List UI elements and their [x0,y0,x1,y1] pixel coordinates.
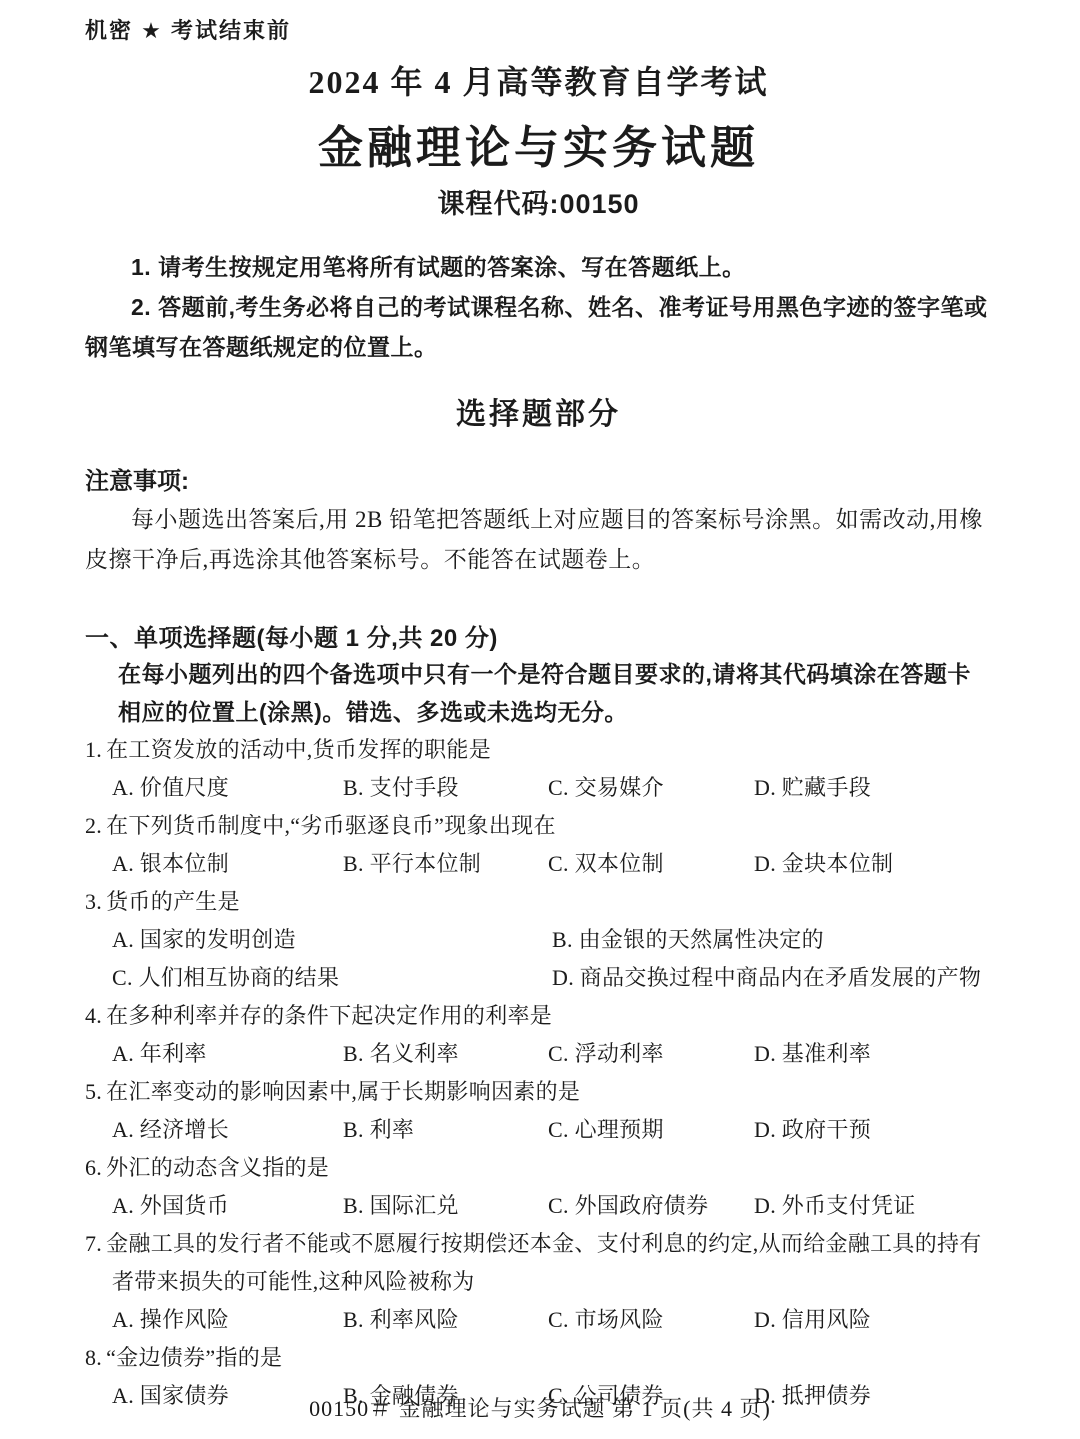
question-stem: 5.在汇率变动的影响因素中,属于长期影响因素的是 [85,1073,992,1111]
options-row: A. 外国货币 B. 国际汇兑 C. 外国政府债券 D. 外币支付凭证 [85,1187,992,1225]
question-1: 1.在工资发放的活动中,货币发挥的职能是 A. 价值尺度 B. 支付手段 C. … [85,731,992,807]
page-footer: 00150＃ 金融理论与实务试题 第 1 页(共 4 页) [0,1392,1080,1423]
question-4: 4.在多种利率并存的条件下起决定作用的利率是 A. 年利率 B. 名义利率 C.… [85,997,992,1073]
classification-banner: 机密 ★ 考试结束前 [85,14,992,45]
exam-paper-page: 机密 ★ 考试结束前 2024 年 4 月高等教育自学考试 金融理论与实务试题 … [0,0,1080,1439]
question-text: 金融工具的发行者不能或不愿履行按期偿还本金、支付利息的约定,从而给金融工具的持有… [106,1231,982,1294]
section-title: 选择题部分 [85,389,992,433]
question-7: 7.金融工具的发行者不能或不愿履行按期偿还本金、支付利息的约定,从而给金融工具的… [85,1225,992,1339]
part-one-heading: 一、单项选择题(每小题 1 分,共 20 分) [85,618,992,653]
option-b: B. 国际汇兑 [343,1187,548,1225]
question-text: 在下列货币制度中,“劣币驱逐良币”现象出现在 [106,813,556,838]
option-b: B. 利率 [343,1111,548,1149]
option-a: A. 价值尺度 [112,769,343,807]
option-d: D. 信用风险 [754,1301,992,1339]
part-one-note: 在每小题列出的四个备选项中只有一个是符合题目要求的,请将其代码填涂在答题卡相应的… [118,655,992,731]
question-text: 外汇的动态含义指的是 [106,1155,329,1180]
option-a: A. 经济增长 [112,1111,343,1149]
instruction-item-2: 2. 答题前,考生务必将自己的考试课程名称、姓名、准考证号用黑色字迹的签字笔或钢… [85,287,992,367]
question-number: 3. [85,889,102,914]
question-stem: 4.在多种利率并存的条件下起决定作用的利率是 [85,997,992,1035]
question-number: 6. [85,1155,102,1180]
option-b: B. 平行本位制 [343,845,548,883]
option-c: C. 双本位制 [548,845,754,883]
option-d: D. 外币支付凭证 [754,1187,992,1225]
question-stem: 2.在下列货币制度中,“劣币驱逐良币”现象出现在 [85,807,992,845]
options-row: A. 价值尺度 B. 支付手段 C. 交易媒介 D. 贮藏手段 [85,769,992,807]
question-number: 8. [85,1345,102,1370]
option-b: B. 利率风险 [343,1301,548,1339]
option-b: B. 由金银的天然属性决定的 [552,921,992,959]
question-text: 货币的产生是 [106,889,240,914]
option-d: D. 商品交换过程中商品内在矛盾发展的产物 [552,959,992,997]
option-a: A. 银本位制 [112,845,343,883]
question-number: 2. [85,813,102,838]
option-c: C. 人们相互协商的结果 [112,959,552,997]
question-number: 4. [85,1003,102,1028]
option-a: A. 国家的发明创造 [112,921,552,959]
question-2: 2.在下列货币制度中,“劣币驱逐良币”现象出现在 A. 银本位制 B. 平行本位… [85,807,992,883]
options-row: A. 国家的发明创造 B. 由金银的天然属性决定的 C. 人们相互协商的结果 D… [85,921,992,997]
option-a: A. 操作风险 [112,1301,343,1339]
question-text: 在汇率变动的影响因素中,属于长期影响因素的是 [106,1079,580,1104]
question-3: 3.货币的产生是 A. 国家的发明创造 B. 由金银的天然属性决定的 C. 人们… [85,883,992,997]
option-a: A. 外国货币 [112,1187,343,1225]
question-number: 7. [85,1231,102,1256]
question-text: 在多种利率并存的条件下起决定作用的利率是 [106,1003,552,1028]
option-d: D. 政府干预 [754,1111,992,1149]
options-row: A. 年利率 B. 名义利率 C. 浮动利率 D. 基准利率 [85,1035,992,1073]
option-c: C. 心理预期 [548,1111,754,1149]
question-text: 在工资发放的活动中,货币发挥的职能是 [106,737,491,762]
option-c: C. 交易媒介 [548,769,754,807]
exam-session-title: 2024 年 4 月高等教育自学考试 [85,57,992,103]
option-c: C. 市场风险 [548,1301,754,1339]
option-c: C. 外国政府债券 [548,1187,754,1225]
instruction-item-1: 1. 请考生按规定用笔将所有试题的答案涂、写在答题纸上。 [85,247,992,287]
option-d: D. 金块本位制 [754,845,992,883]
question-5: 5.在汇率变动的影响因素中,属于长期影响因素的是 A. 经济增长 B. 利率 C… [85,1073,992,1149]
course-code: 课程代码:00150 [85,182,992,221]
question-stem: 8.“金边债券”指的是 [85,1339,992,1377]
options-row: A. 经济增长 B. 利率 C. 心理预期 D. 政府干预 [85,1111,992,1149]
page-title: 金融理论与实务试题 [85,111,992,176]
option-d: D. 贮藏手段 [754,769,992,807]
option-b: B. 名义利率 [343,1035,548,1073]
question-stem: 7.金融工具的发行者不能或不愿履行按期偿还本金、支付利息的约定,从而给金融工具的… [85,1225,992,1301]
question-stem: 6.外汇的动态含义指的是 [85,1149,992,1187]
question-6: 6.外汇的动态含义指的是 A. 外国货币 B. 国际汇兑 C. 外国政府债券 D… [85,1149,992,1225]
notice-heading: 注意事项: [85,461,992,496]
options-row: A. 操作风险 B. 利率风险 C. 市场风险 D. 信用风险 [85,1301,992,1339]
notice-text: 每小题选出答案后,用 2B 铅笔把答题纸上对应题目的答案标号涂黑。如需改动,用橡… [85,500,992,580]
option-b: B. 支付手段 [343,769,548,807]
question-number: 1. [85,737,102,762]
option-d: D. 基准利率 [754,1035,992,1073]
options-row: A. 银本位制 B. 平行本位制 C. 双本位制 D. 金块本位制 [85,845,992,883]
option-c: C. 浮动利率 [548,1035,754,1073]
question-number: 5. [85,1079,102,1104]
option-a: A. 年利率 [112,1035,343,1073]
question-text: “金边债券”指的是 [106,1345,282,1370]
question-stem: 3.货币的产生是 [85,883,992,921]
question-stem: 1.在工资发放的活动中,货币发挥的职能是 [85,731,992,769]
